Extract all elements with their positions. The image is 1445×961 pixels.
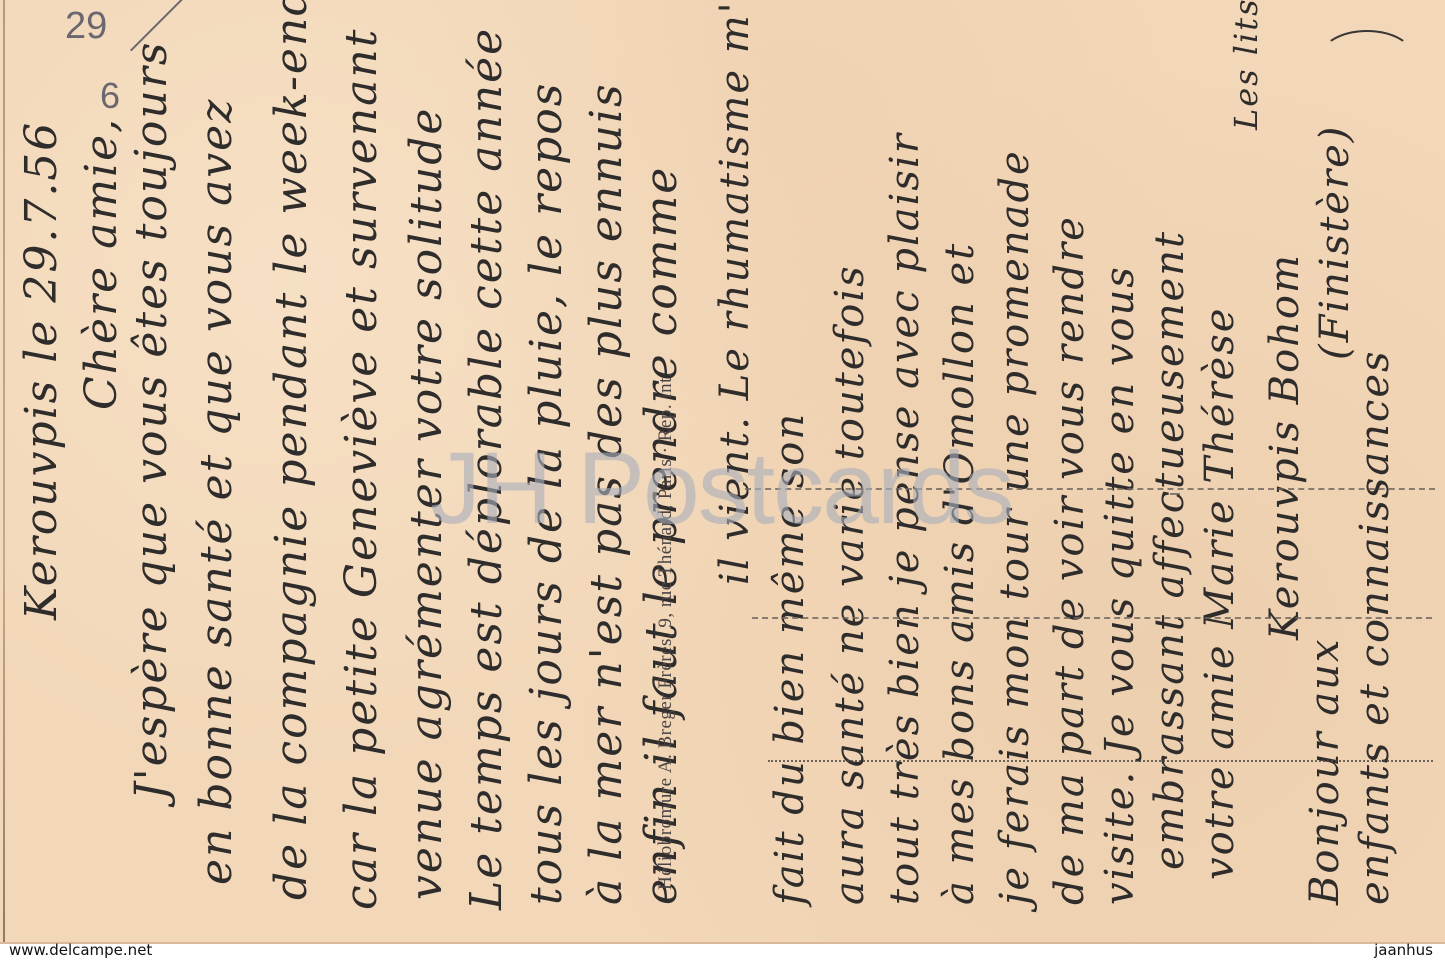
address-line-4 (1170, 493, 1180, 495)
handwriting-line-2: Chère amie, (80, 117, 124, 410)
handwriting-line-22: Kerouvpis Bohom (1265, 253, 1305, 640)
greeting-line-1: Bonjour aux (1305, 638, 1345, 906)
handwriting-line-15: tout très bien je pense avec plaisir (885, 132, 925, 905)
card-left-edge (3, 0, 5, 942)
handwriting-note-top: Les lits (1230, 0, 1262, 130)
publisher-imprint: Héliobromure A. Breger Frères, 9, rue Th… (655, 372, 677, 890)
postcard-back: 29 6 Kerouvpis le 29.7.56 Chère amie, J'… (0, 0, 1445, 944)
handwriting-line-18: de ma part de voir vous rendre (1050, 215, 1090, 905)
handwriting-line-5: de la compagnie pendant le week-end (270, 0, 314, 900)
handwriting-line-4: en bonne santé et que vous avez (195, 98, 239, 885)
greeting-line-2: enfants et connaissances (1355, 349, 1395, 905)
handwriting-line-17: je ferais mon tour une promenade (995, 149, 1035, 905)
handwriting-line-13: fait du bien même son (770, 412, 810, 905)
handwriting-line-14: aura santé ne varie toutefois (830, 264, 870, 905)
handwriting-line-7: venue agrémenter votre solitude (405, 107, 449, 900)
handwriting-line-20: embrassant affectueusement (1150, 230, 1190, 870)
footer-seller-credit: jaanhus (1374, 941, 1433, 959)
handwriting-line-21: votre amie Marie Thérèse (1200, 307, 1240, 880)
address-line-2 (752, 617, 1432, 619)
annotation-numerator: 29 (65, 5, 107, 48)
address-line-3 (768, 760, 1433, 762)
footer-site-credit: www.delcampe.net (9, 941, 152, 959)
annotation-denominator: 6 (100, 75, 120, 117)
handwriting-line-19: visite. Je vous quitte en vous (1100, 265, 1140, 905)
address-line-1 (745, 488, 1435, 490)
handwriting-line-12: il vient. Le rhumatisme m'a (715, 0, 755, 585)
handwriting-line-3: J'espère que vous êtes toujours (130, 41, 174, 800)
handwriting-line-16: à mes bons amis d'Omollon et (940, 242, 980, 905)
handwriting-line-6: car la petite Geneviève et survenant (340, 28, 384, 910)
region-finistere: (Finistère) (1315, 125, 1355, 360)
handwriting-line-1: Kerouvpis le 29.7.56 (20, 121, 64, 620)
handwriting-line-9: tous les jours de la pluie, le repos (525, 82, 569, 905)
parenthesis-decor (1320, 30, 1414, 84)
handwriting-line-8: Le temps est déplorable cette année (465, 27, 509, 910)
handwriting-line-10: à la mer n'est pas des plus ennuis (585, 82, 629, 905)
